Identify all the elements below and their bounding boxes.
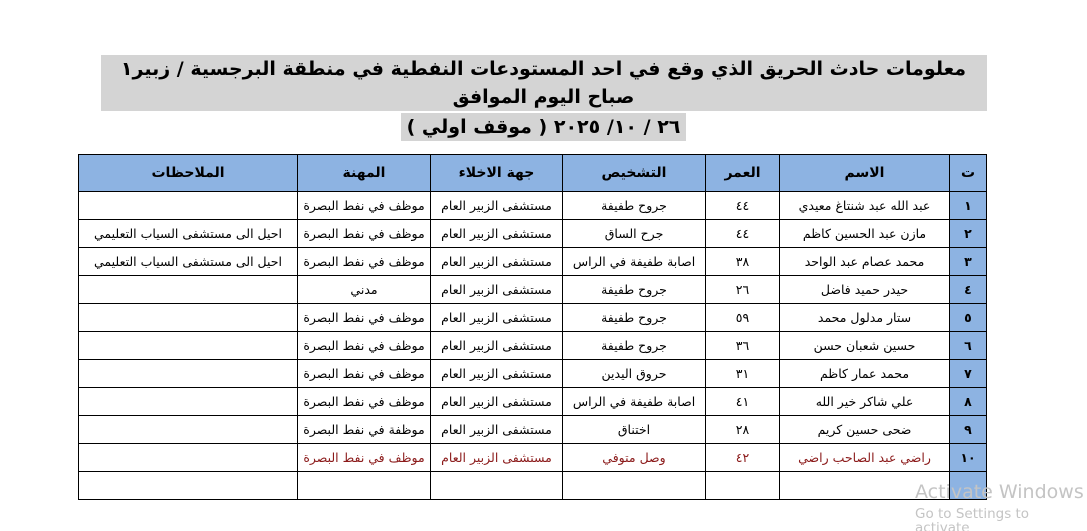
cell-evacuation: مستشفى الزبير العام (431, 444, 563, 472)
cell-profession: موظف في نفط البصرة (298, 444, 431, 472)
cell-notes (79, 388, 298, 416)
table-row: ٩ ضحى حسين كريم ٢٨ اختناق مستشفى الزبير … (79, 416, 987, 444)
cell-notes (79, 472, 298, 500)
header-profession: المهنة (298, 155, 431, 192)
cell-seq: ٢ (950, 220, 987, 248)
cell-age: ٢٨ (706, 416, 780, 444)
cell-diagnosis: جرح الساق (563, 220, 706, 248)
cell-notes (79, 192, 298, 220)
table-header-row: ت الاسم العمر التشخيص جهة الاخلاء المهنة… (79, 155, 987, 192)
watermark-line-2: Go to Settings to activate (915, 508, 1087, 531)
cell-diagnosis: جروح طفيفة (563, 332, 706, 360)
cell-notes (79, 444, 298, 472)
cell-evacuation: مستشفى الزبير العام (431, 248, 563, 276)
cell-diagnosis: حروق اليدين (563, 360, 706, 388)
header-age: العمر (706, 155, 780, 192)
cell-profession: موظف في نفط البصرة (298, 388, 431, 416)
cell-notes (79, 332, 298, 360)
cell-evacuation: مستشفى الزبير العام (431, 360, 563, 388)
cell-name: علي شاكر خير الله (780, 388, 950, 416)
cell-diagnosis (563, 472, 706, 500)
cell-age: ٤٤ (706, 192, 780, 220)
cell-diagnosis: اصابة طفيفة في الراس (563, 388, 706, 416)
cell-evacuation: مستشفى الزبير العام (431, 388, 563, 416)
cell-age: ٥٩ (706, 304, 780, 332)
cell-evacuation: مستشفى الزبير العام (431, 416, 563, 444)
cell-diagnosis: جروح طفيفة (563, 304, 706, 332)
table-row: ٤ حيدر حميد فاضل ٢٦ جروح طفيفة مستشفى ال… (79, 276, 987, 304)
cell-profession: موظف في نفط البصرة (298, 192, 431, 220)
cell-seq: ٩ (950, 416, 987, 444)
cell-notes (79, 276, 298, 304)
cell-profession: موظف في نفط البصرة (298, 360, 431, 388)
cell-seq: ٥ (950, 304, 987, 332)
cell-notes (79, 360, 298, 388)
cell-profession (298, 472, 431, 500)
cell-profession: موظف في نفط البصرة (298, 332, 431, 360)
table-row: ٢ مازن عبد الحسين كاظم ٤٤ جرح الساق مستش… (79, 220, 987, 248)
casualty-table: ت الاسم العمر التشخيص جهة الاخلاء المهنة… (78, 154, 987, 500)
cell-diagnosis: جروح طفيفة (563, 192, 706, 220)
cell-evacuation: مستشفى الزبير العام (431, 304, 563, 332)
cell-seq: ٣ (950, 248, 987, 276)
cell-age: ٣٨ (706, 248, 780, 276)
cell-name: مازن عبد الحسين كاظم (780, 220, 950, 248)
cell-seq: ٨ (950, 388, 987, 416)
cell-diagnosis: وصل متوفي (563, 444, 706, 472)
table-row-empty (79, 472, 987, 500)
cell-evacuation (431, 472, 563, 500)
cell-name: ستار مدلول محمد (780, 304, 950, 332)
table-row: ٣ محمد عصام عبد الواحد ٣٨ اصابة طفيفة في… (79, 248, 987, 276)
cell-name: راضي عبد الصاحب راضي (780, 444, 950, 472)
table-row: ٦ حسين شعبان حسن ٣٦ جروح طفيفة مستشفى ال… (79, 332, 987, 360)
cell-notes (79, 416, 298, 444)
cell-profession: موظف في نفط البصرة (298, 220, 431, 248)
table-row: ٧ محمد عمار كاظم ٣١ حروق اليدين مستشفى ا… (79, 360, 987, 388)
cell-seq: ١٠ (950, 444, 987, 472)
cell-profession: موظف في نفط البصرة (298, 304, 431, 332)
header-diagnosis: التشخيص (563, 155, 706, 192)
cell-name: حيدر حميد فاضل (780, 276, 950, 304)
cell-age: ٤١ (706, 388, 780, 416)
cell-evacuation: مستشفى الزبير العام (431, 192, 563, 220)
cell-notes (79, 304, 298, 332)
table-row: ١ عبد الله عبد شنتاغ معيدي ٤٤ جروح طفيفة… (79, 192, 987, 220)
header-name: الاسم (780, 155, 950, 192)
cell-age: ٢٦ (706, 276, 780, 304)
title-line-2: ٢٦ / ١٠/ ٢٠٢٥ ( موقف اولي ) (401, 113, 687, 141)
cell-name: حسين شعبان حسن (780, 332, 950, 360)
cell-notes: احيل الى مستشفى السياب التعليمي (79, 248, 298, 276)
header-notes: الملاحظات (79, 155, 298, 192)
header-seq: ت (950, 155, 987, 192)
cell-seq: ٧ (950, 360, 987, 388)
cell-age: ٣٦ (706, 332, 780, 360)
cell-diagnosis: اختناق (563, 416, 706, 444)
cell-profession: موظف في نفط البصرة (298, 248, 431, 276)
cell-seq: ١ (950, 192, 987, 220)
cell-name: محمد عمار كاظم (780, 360, 950, 388)
table-row-deceased: ١٠ راضي عبد الصاحب راضي ٤٢ وصل متوفي مست… (79, 444, 987, 472)
cell-evacuation: مستشفى الزبير العام (431, 220, 563, 248)
cell-name: محمد عصام عبد الواحد (780, 248, 950, 276)
table-row: ٥ ستار مدلول محمد ٥٩ جروح طفيفة مستشفى ا… (79, 304, 987, 332)
title-line-1: معلومات حادث الحريق الذي وقع في احد المس… (101, 55, 987, 111)
cell-diagnosis: اصابة طفيفة في الراس (563, 248, 706, 276)
header-evacuation: جهة الاخلاء (431, 155, 563, 192)
cell-seq (950, 472, 987, 500)
cell-seq: ٤ (950, 276, 987, 304)
cell-name: ضحى حسين كريم (780, 416, 950, 444)
table-row: ٨ علي شاكر خير الله ٤١ اصابة طفيفة في ال… (79, 388, 987, 416)
cell-notes: احيل الى مستشفى السياب التعليمي (79, 220, 298, 248)
cell-age (706, 472, 780, 500)
cell-age: ٤٤ (706, 220, 780, 248)
cell-profession: مدني (298, 276, 431, 304)
cell-seq: ٦ (950, 332, 987, 360)
cell-name (780, 472, 950, 500)
cell-evacuation: مستشفى الزبير العام (431, 276, 563, 304)
cell-age: ٤٢ (706, 444, 780, 472)
cell-name: عبد الله عبد شنتاغ معيدي (780, 192, 950, 220)
cell-evacuation: مستشفى الزبير العام (431, 332, 563, 360)
cell-age: ٣١ (706, 360, 780, 388)
cell-diagnosis: جروح طفيفة (563, 276, 706, 304)
cell-profession: موظفة في نفط البصرة (298, 416, 431, 444)
document-title: معلومات حادث الحريق الذي وقع في احد المس… (0, 55, 1087, 141)
